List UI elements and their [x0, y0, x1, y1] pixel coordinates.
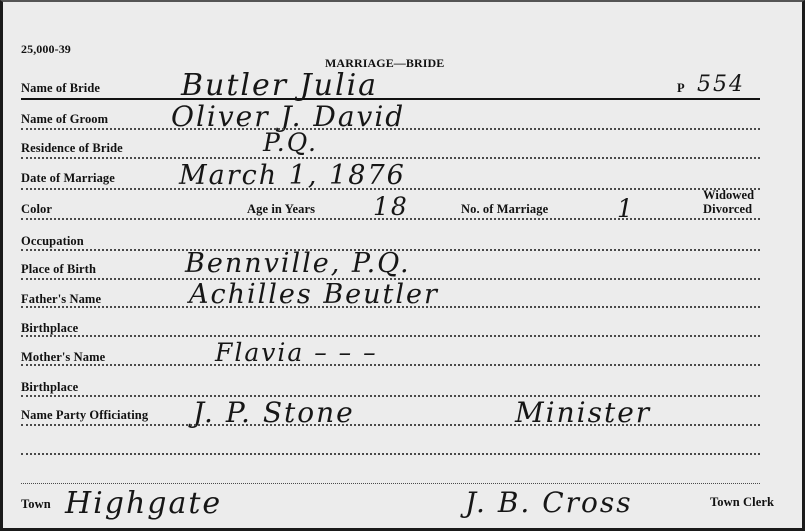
page-label: P: [677, 81, 685, 96]
label-marriage-no: No. of Marriage: [461, 202, 548, 217]
rule-mother: [21, 364, 760, 366]
value-birth-place: Bennville, P.Q.: [185, 248, 411, 279]
rule-blank: [21, 453, 760, 455]
label-mother-name: Mother's Name: [21, 350, 105, 365]
rule-color: [21, 218, 760, 220]
label-town: Town: [21, 497, 51, 512]
marriage-record-card: 25,000-39 MARRIAGE—BRIDE Name of Bride B…: [0, 0, 805, 531]
rule-residence: [21, 157, 760, 159]
value-town: Highgate: [65, 486, 222, 521]
rule-father: [21, 306, 760, 308]
label-residence: Residence of Bride: [21, 141, 123, 156]
label-occupation: Occupation: [21, 234, 84, 249]
rule-date: [21, 188, 760, 190]
value-age: 18: [373, 192, 409, 221]
rule-officiant: [21, 424, 760, 426]
label-bride-name: Name of Bride: [21, 81, 100, 96]
rule-groom: [21, 128, 760, 130]
label-color: Color: [21, 202, 52, 217]
rule-father-birthplace: [21, 335, 760, 337]
label-birth-place: Place of Birth: [21, 262, 96, 277]
label-father-name: Father's Name: [21, 292, 101, 307]
rule-town-top: [21, 483, 760, 484]
page-number: 554: [697, 72, 745, 97]
label-widowed: Widowed: [703, 188, 754, 203]
value-residence: P.Q.: [263, 128, 318, 157]
label-groom-name: Name of Groom: [21, 112, 108, 127]
value-clerk: J. B. Cross: [465, 486, 633, 519]
value-date: March 1, 1876: [179, 160, 406, 191]
value-mother-name: Flavia – – –: [215, 338, 378, 367]
label-age: Age in Years: [247, 202, 315, 217]
label-divorced: Divorced: [703, 202, 752, 217]
label-officiant: Name Party Officiating: [21, 408, 148, 423]
label-father-birthplace: Birthplace: [21, 321, 78, 336]
form-number: 25,000-39: [21, 42, 71, 57]
label-date: Date of Marriage: [21, 171, 115, 186]
label-mother-birthplace: Birthplace: [21, 380, 78, 395]
label-town-clerk: Town Clerk: [710, 495, 774, 510]
